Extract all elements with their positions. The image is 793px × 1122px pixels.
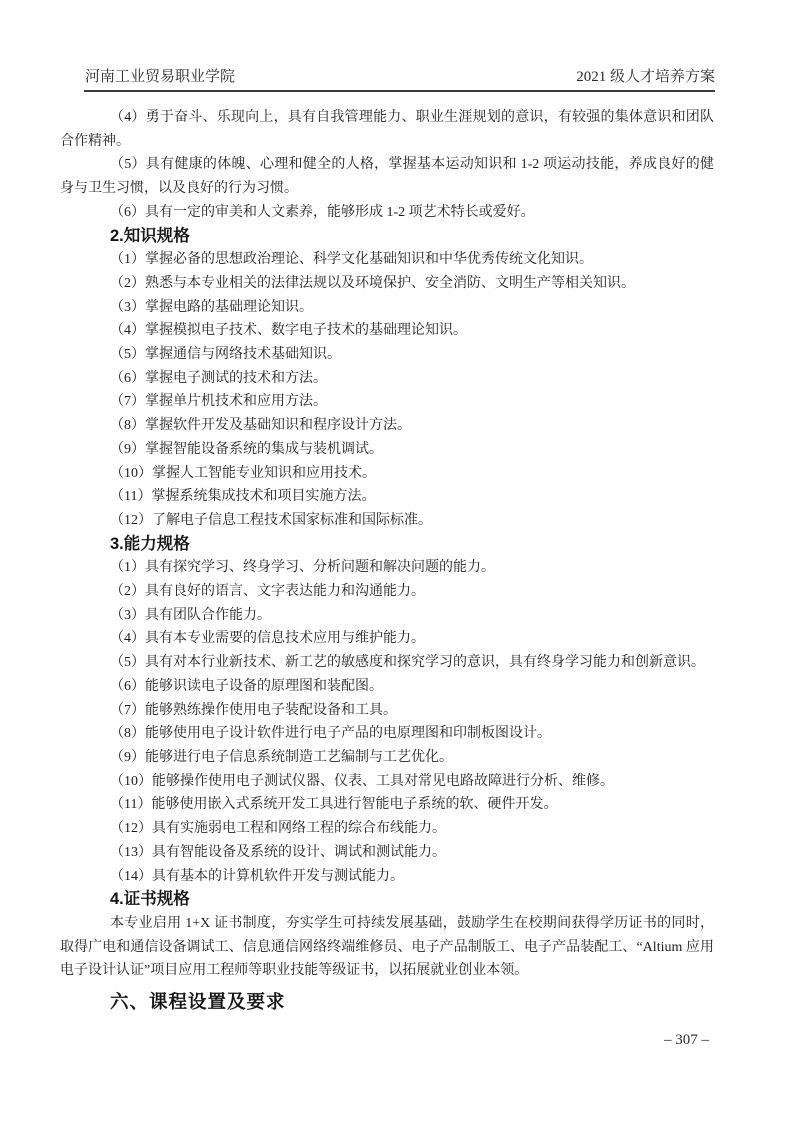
document-body: （4）勇于奋斗、乐现向上，具有自我管理能力、职业生涯规划的意识，有较强的集体意识…: [60, 106, 714, 1015]
paragraph: （11）能够使用嵌入式系统开发工具进行智能电子系统的软、硬件开发。: [60, 793, 714, 817]
paragraph: （8）能够使用电子设计软件进行电子产品的电原理图和印制板图设计。: [60, 722, 714, 746]
paragraph: （10）掌握人工智能专业知识和应用技术。: [60, 462, 714, 486]
paragraph: （8）掌握软件开发及基础知识和程序设计方法。: [60, 414, 714, 438]
paragraph: （1）具有探究学习、终身学习、分析问题和解决问题的能力。: [60, 556, 714, 580]
paragraph: （12）了解电子信息工程技术国家标准和国际标准。: [60, 509, 714, 533]
paragraph: （6）具有一定的审美和人文素养，能够形成 1-2 项艺术特长或爱好。: [60, 201, 714, 225]
section-heading: 六、课程设置及要求: [60, 989, 714, 1015]
paragraph: （3）掌握电路的基础理论知识。: [60, 296, 714, 320]
paragraph: （4）勇于奋斗、乐现向上，具有自我管理能力、职业生涯规划的意识，有较强的集体意识…: [60, 106, 714, 153]
paragraph: （10）能够操作使用电子测试仪器、仪表、工具对常见电路故障进行分析、维修。: [60, 770, 714, 794]
paragraph: （2）具有良好的语言、文字表达能力和沟通能力。: [60, 580, 714, 604]
page-footer: – 307 –: [664, 1031, 709, 1049]
paragraph: 本专业启用 1+X 证书制度，夯实学生可持续发展基础，鼓励学生在校期间获得学历证…: [60, 912, 714, 983]
paragraph: （11）掌握系统集成技术和项目实施方法。: [60, 485, 714, 509]
paragraph: （5）掌握通信与网络技术基础知识。: [60, 343, 714, 367]
paragraph: （3）具有团队合作能力。: [60, 604, 714, 628]
subsection-heading: 4.证书规格: [60, 888, 714, 912]
paragraph: （5）具有健康的体魄、心理和健全的人格，掌握基本运动知识和 1-2 项运动技能，…: [60, 153, 714, 200]
header-divider: [84, 90, 715, 92]
paragraph: （9）掌握智能设备系统的集成与装机调试。: [60, 438, 714, 462]
paragraph: （13）具有智能设备及系统的设计、调试和测试能力。: [60, 841, 714, 865]
paragraph: （1）掌握必备的思想政治理论、科学文化基础知识和中华优秀传统文化知识。: [60, 248, 714, 272]
paragraph: （14）具有基本的计算机软件开发与测试能力。: [60, 865, 714, 889]
paragraph: （7）掌握单片机技术和应用方法。: [60, 390, 714, 414]
paragraph: （5）具有对本行业新技术、新工艺的敏感度和探究学习的意识，具有终身学习能力和创新…: [60, 651, 714, 675]
subsection-heading: 2.知识规格: [60, 225, 714, 249]
paragraph: （6）能够识读电子设备的原理图和装配图。: [60, 675, 714, 699]
paragraph: （2）熟悉与本专业相关的法律法规以及环境保护、安全消防、文明生产等相关知识。: [60, 272, 714, 296]
paragraph: （7）能够熟练操作使用电子装配设备和工具。: [60, 699, 714, 723]
paragraph: （12）具有实施弱电工程和网络工程的综合布线能力。: [60, 817, 714, 841]
page-header: 河南工业贸易职业学院 2021 级人才培养方案: [85, 68, 715, 86]
header-doc-title: 2021 级人才培养方案: [576, 68, 715, 86]
header-school-name: 河南工业贸易职业学院: [85, 68, 235, 86]
paragraph: （9）能够进行电子信息系统制造工艺编制与工艺优化。: [60, 746, 714, 770]
paragraph: （4）掌握模拟电子技术、数字电子技术的基础理论知识。: [60, 319, 714, 343]
subsection-heading: 3.能力规格: [60, 533, 714, 557]
paragraph: （4）具有本专业需要的信息技术应用与维护能力。: [60, 627, 714, 651]
document-page: 河南工业贸易职业学院 2021 级人才培养方案 （4）勇于奋斗、乐现向上，具有自…: [0, 0, 793, 1122]
page-number: – 307 –: [664, 1032, 709, 1048]
paragraph: （6）掌握电子测试的技术和方法。: [60, 367, 714, 391]
